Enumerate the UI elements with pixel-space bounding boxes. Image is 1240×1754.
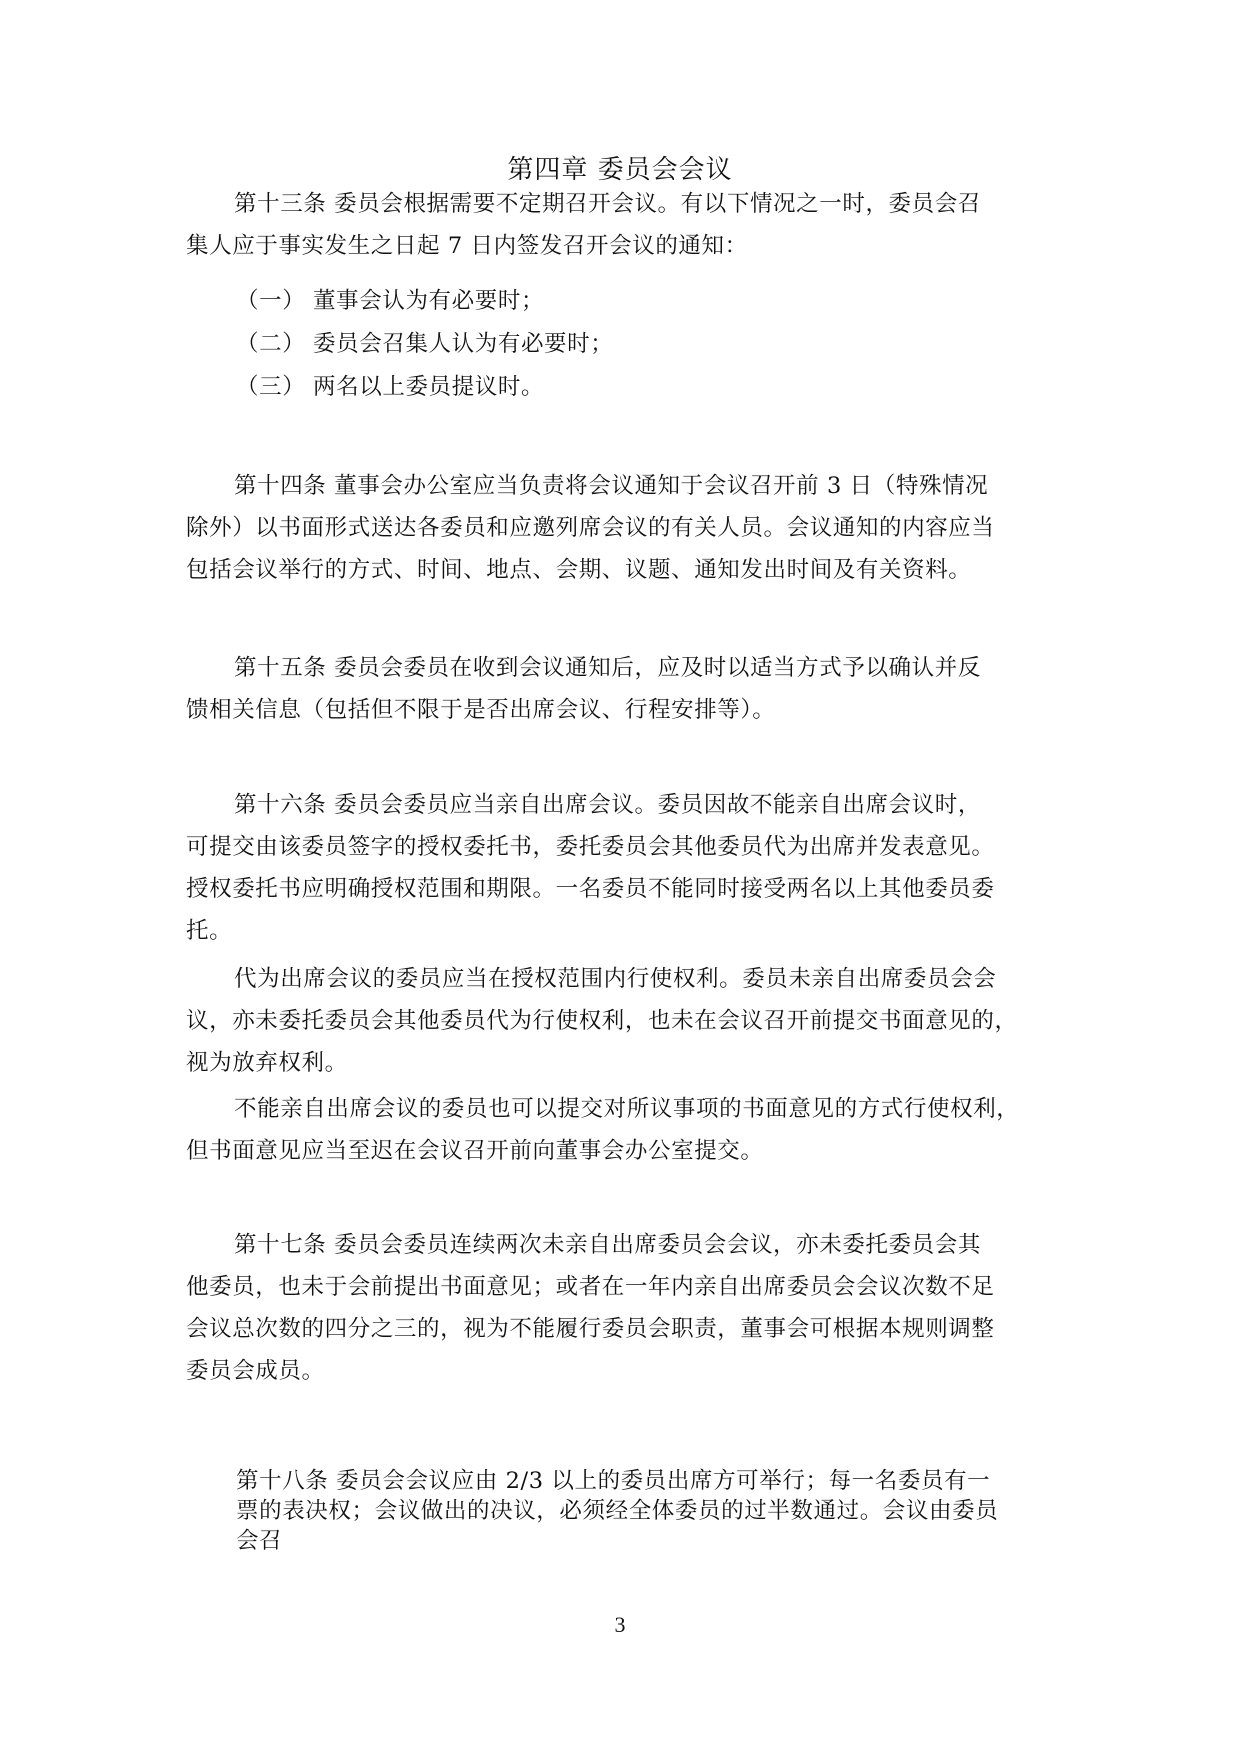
article-16: 第十六条 委员会委员应当亲自出席会议。委员因故不能亲自出席会议时， 可提交由该委… — [186, 784, 1056, 952]
article-16-line: 授权委托书应明确授权范围和期限。一名委员不能同时接受两名以上其他委员委 — [186, 868, 1056, 910]
article-14-line: 除外）以书面形式送达各委员和应邀列席会议的有关人员。会议通知的内容应当 — [186, 507, 1056, 549]
article-17-line: 会议总次数的四分之三的，视为不能履行委员会职责，董事会可根据本规则调整 — [186, 1308, 1056, 1350]
article-13-item: （一） 董事会认为有必要时； — [236, 280, 544, 322]
page-number: 3 — [0, 1612, 1240, 1638]
article-13-item: （二） 委员会召集人认为有必要时； — [236, 323, 613, 365]
article-16-para-2-line: 代为出席会议的委员应当在授权范围内行使权利。委员未亲自出席委员会会 — [186, 958, 1056, 1000]
article-17-line: 第十七条 委员会委员连续两次未亲自出席委员会会议，亦未委托委员会其 — [186, 1224, 1056, 1266]
article-16-line: 托。 — [186, 910, 1056, 952]
article-16-para-2-line: 议，亦未委托委员会其他委员代为行使权利，也未在会议召开前提交书面意见的， — [186, 1000, 1056, 1042]
article-18-line: 会召 — [236, 1526, 1056, 1556]
article-16-para-3-line: 但书面意见应当至迟在会议召开前向董事会办公室提交。 — [186, 1130, 1056, 1172]
article-16-line: 第十六条 委员会委员应当亲自出席会议。委员因故不能亲自出席会议时， — [186, 784, 1056, 826]
article-16-para-3: 不能亲自出席会议的委员也可以提交对所议事项的书面意见的方式行使权利， 但书面意见… — [186, 1088, 1056, 1172]
article-13: 第十三条 委员会根据需要不定期召开会议。有以下情况之一时，委员会召 集人应于事实… — [186, 183, 1056, 267]
article-17: 第十七条 委员会委员连续两次未亲自出席委员会会议，亦未委托委员会其 他委员，也未… — [186, 1224, 1056, 1392]
article-17-line: 他委员，也未于会前提出书面意见；或者在一年内亲自出席委员会会议次数不足 — [186, 1266, 1056, 1308]
article-18-line: 票的表决权；会议做出的决议，必须经全体委员的过半数通过。会议由委员 — [236, 1496, 1056, 1526]
article-16-para-2: 代为出席会议的委员应当在授权范围内行使权利。委员未亲自出席委员会会 议，亦未委托… — [186, 958, 1056, 1084]
article-13-line: 集人应于事实发生之日起 7 日内签发召开会议的通知： — [186, 225, 1056, 267]
article-13-line: 第十三条 委员会根据需要不定期召开会议。有以下情况之一时，委员会召 — [186, 183, 1056, 225]
document-page: 第四章 委员会会议 第十三条 委员会根据需要不定期召开会议。有以下情况之一时，委… — [0, 0, 1240, 1754]
article-15-line: 馈相关信息（包括但不限于是否出席会议、行程安排等）。 — [186, 689, 1056, 731]
article-15: 第十五条 委员会委员在收到会议通知后，应及时以适当方式予以确认并反 馈相关信息（… — [186, 647, 1056, 731]
article-14-line: 包括会议举行的方式、时间、地点、会期、议题、通知发出时间及有关资料。 — [186, 549, 1056, 591]
article-16-para-2-line: 视为放弃权利。 — [186, 1042, 1056, 1084]
article-14-line: 第十四条 董事会办公室应当负责将会议通知于会议召开前 3 日（特殊情况 — [186, 465, 1056, 507]
article-16-para-3-line: 不能亲自出席会议的委员也可以提交对所议事项的书面意见的方式行使权利， — [186, 1088, 1056, 1130]
article-13-item: （三） 两名以上委员提议时。 — [236, 366, 544, 408]
article-15-line: 第十五条 委员会委员在收到会议通知后，应及时以适当方式予以确认并反 — [186, 647, 1056, 689]
article-17-line: 委员会成员。 — [186, 1350, 1056, 1392]
article-14: 第十四条 董事会办公室应当负责将会议通知于会议召开前 3 日（特殊情况 除外）以… — [186, 465, 1056, 591]
article-18-line: 第十八条 委员会会议应由 2/3 以上的委员出席方可举行；每一名委员有一 — [236, 1466, 1056, 1496]
article-16-line: 可提交由该委员签字的授权委托书，委托委员会其他委员代为出席并发表意见。 — [186, 826, 1056, 868]
article-18: 第十八条 委员会会议应由 2/3 以上的委员出席方可举行；每一名委员有一 票的表… — [236, 1466, 1056, 1556]
